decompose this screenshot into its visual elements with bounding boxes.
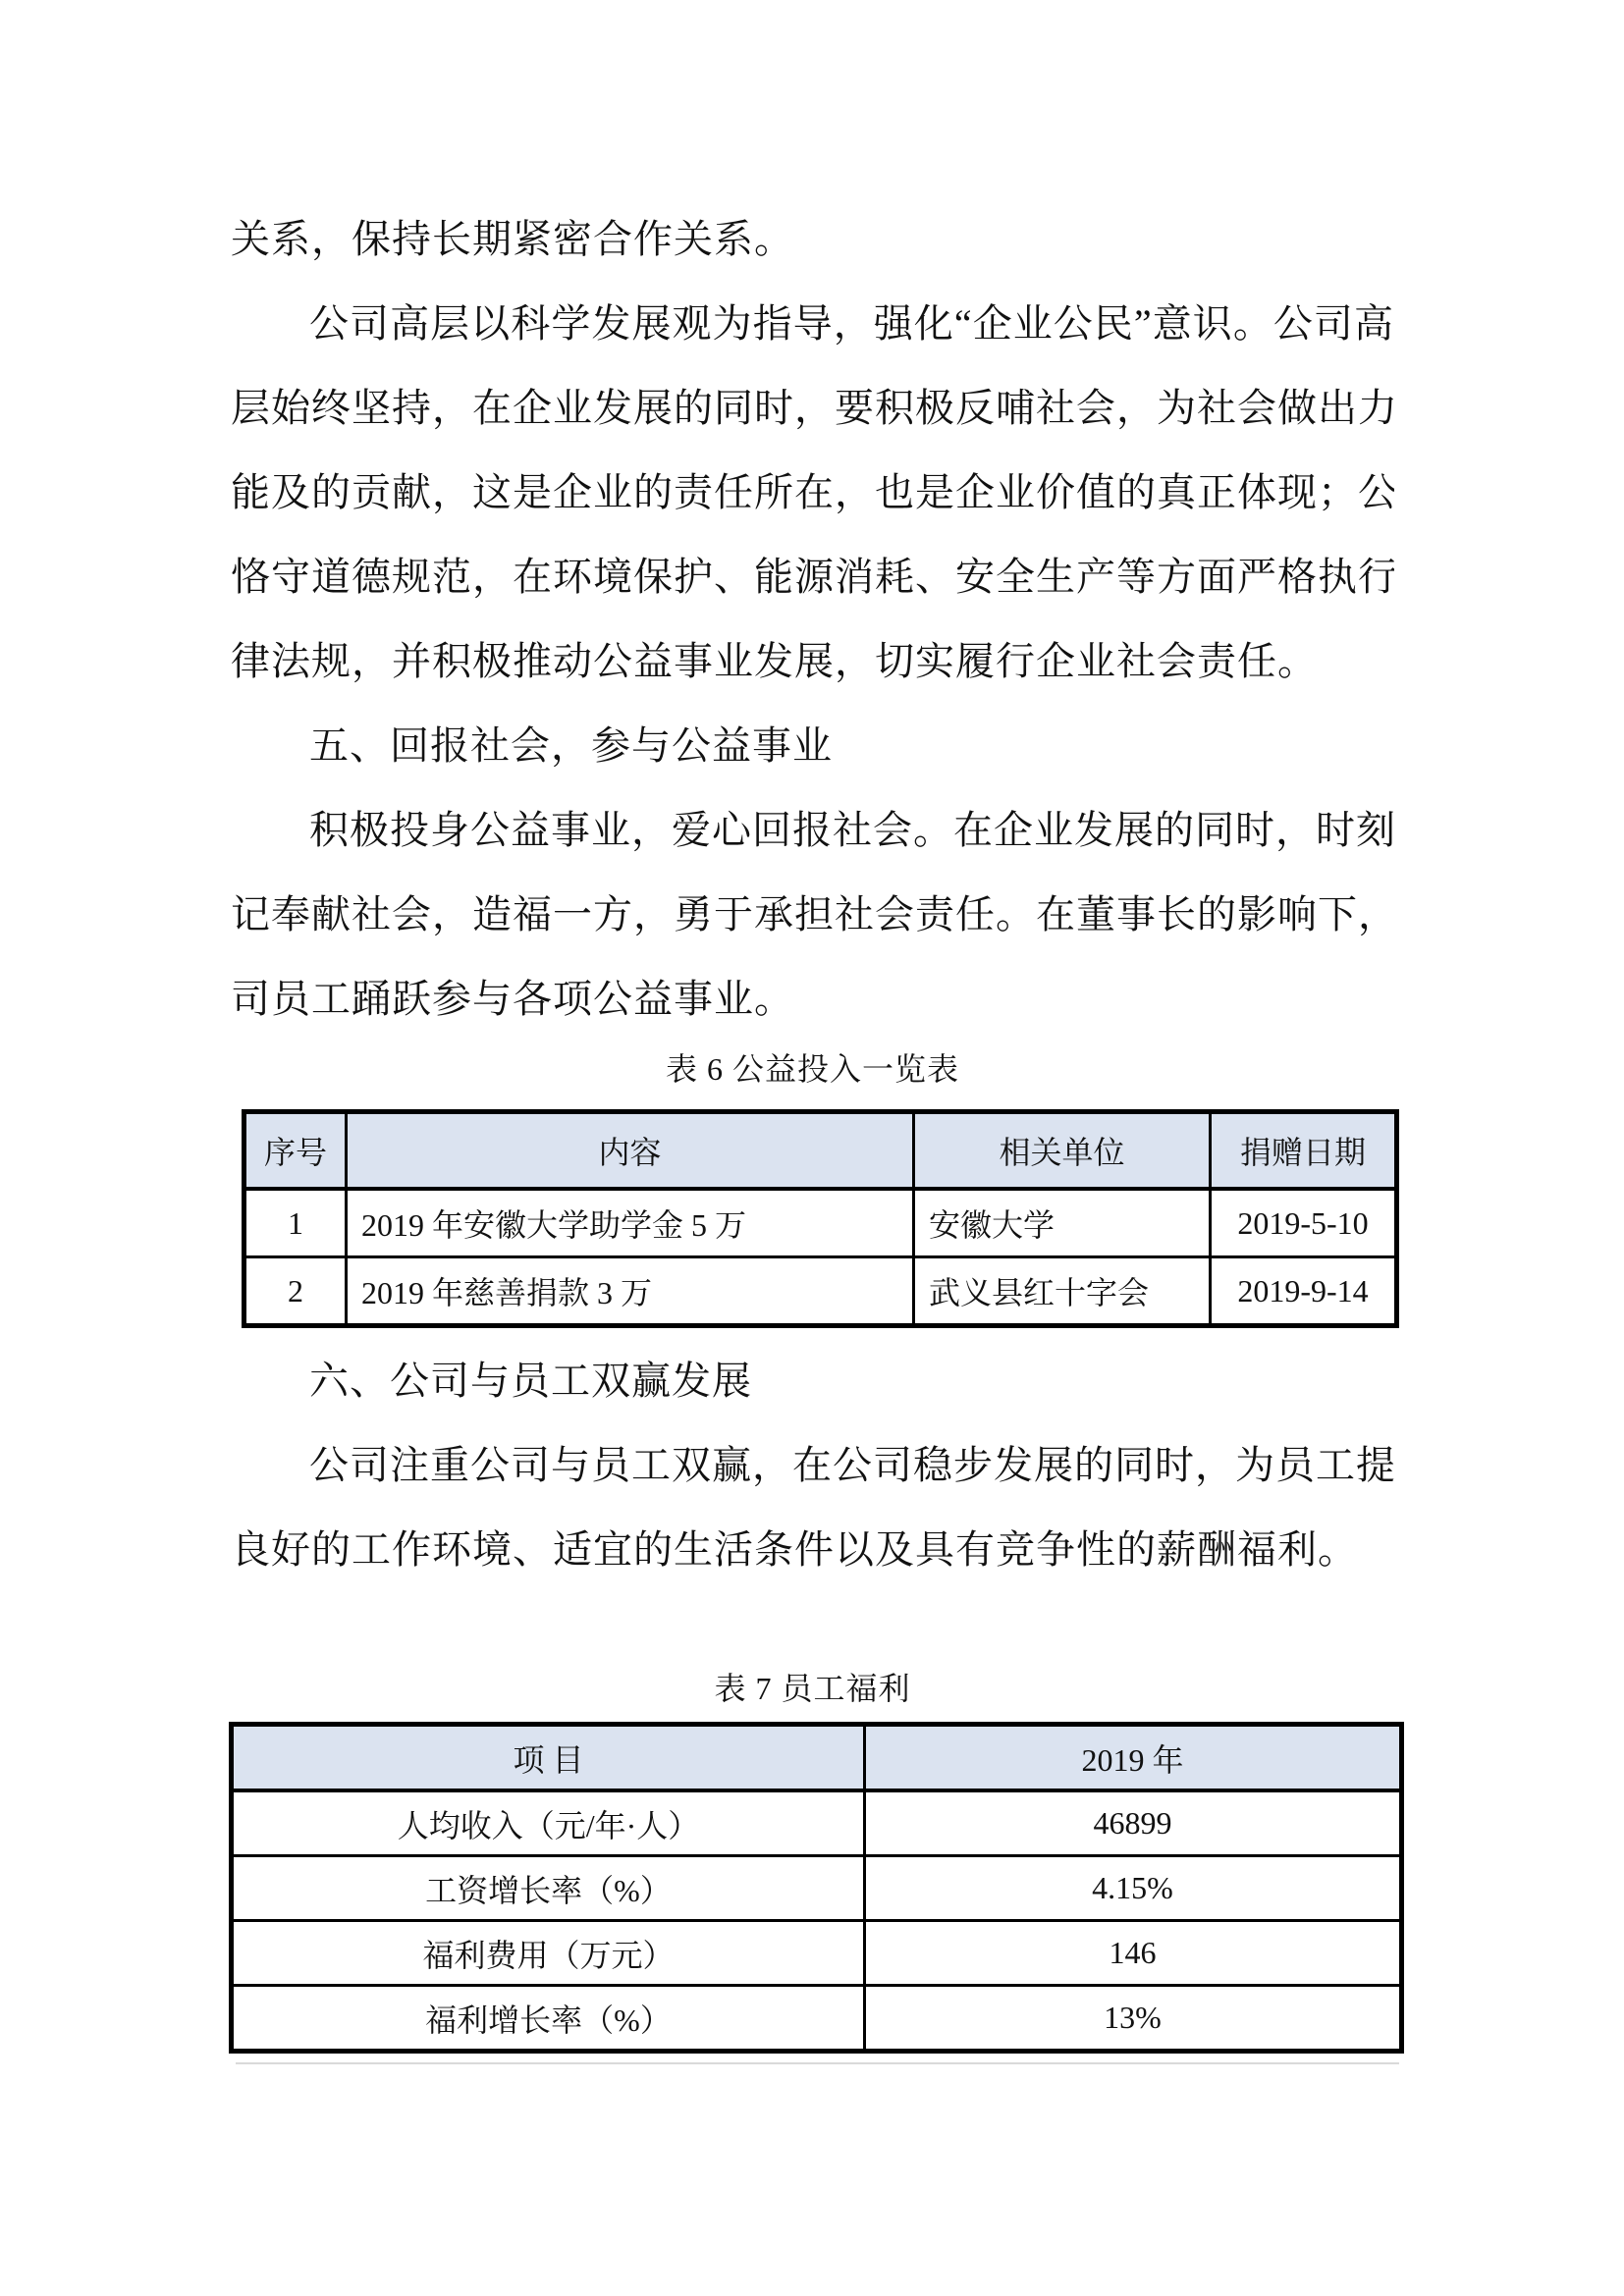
cell-content: 2019 年安徽大学助学金 5 万	[347, 1189, 914, 1257]
welfare-table-body: 人均收入（元/年·人） 46899 工资增长率（%） 4.15% 福利费用（万元…	[232, 1790, 1402, 2052]
cell-seq: 1	[244, 1189, 347, 1257]
table-row: 人均收入（元/年·人） 46899	[232, 1790, 1402, 1856]
table-row: 工资增长率（%） 4.15%	[232, 1856, 1402, 1921]
cell-date: 2019-5-10	[1211, 1189, 1397, 1257]
text-line: 公司注重公司与员工双赢，在公司稳步发展的同时，为员工提供	[231, 1423, 1394, 1508]
cell-org: 安徽大学	[914, 1189, 1211, 1257]
cell-value: 146	[865, 1921, 1402, 1986]
cell-item: 福利费用（万元）	[232, 1921, 865, 1986]
text-line: 积极投身公益事业，爱心回报社会。在企业发展的同时，时刻牢	[231, 788, 1394, 873]
text-line: 层始终坚持，在企业发展的同时，要积极反哺社会，为社会做出力所	[231, 366, 1394, 451]
table7-caption: 表 7 员工福利	[231, 1661, 1394, 1716]
header-cell: 2019 年	[865, 1725, 1402, 1791]
cell-date: 2019-9-14	[1211, 1257, 1397, 1326]
employee-welfare-table: 项 目 2019 年 人均收入（元/年·人） 46899 工资增长率（%） 4.…	[229, 1722, 1404, 2054]
text-line: 良好的工作环境、适宜的生活条件以及具有竞争性的薪酬福利。	[231, 1508, 1394, 1592]
cell-value: 4.15%	[865, 1856, 1402, 1921]
text-line: 五、回报社会，参与公益事业	[231, 704, 1394, 788]
header-row: 序号 内容 相关单位 捐赠日期	[244, 1112, 1397, 1190]
header-cell: 序号	[244, 1112, 347, 1190]
cell-seq: 2	[244, 1257, 347, 1326]
faint-rule	[236, 2062, 1399, 2064]
text-line: 关系，保持长期紧密合作关系。	[231, 197, 1394, 282]
text-line: 能及的贡献，这是企业的责任所在，也是企业价值的真正体现；公司	[231, 451, 1394, 535]
body-paragraphs: 关系，保持长期紧密合作关系。 公司高层以科学发展观为指导，强化“企业公民”意识。…	[231, 197, 1394, 1041]
cell-item: 福利增长率（%）	[232, 1986, 865, 2052]
text-line: 司员工踊跃参与各项公益事业。	[231, 957, 1394, 1041]
header-cell: 内容	[347, 1112, 914, 1190]
text-line: 公司高层以科学发展观为指导，强化“企业公民”意识。公司高	[231, 282, 1394, 366]
welfare-table-head: 项 目 2019 年	[232, 1725, 1402, 1791]
cell-content: 2019 年慈善捐款 3 万	[347, 1257, 914, 1326]
text-line: 律法规，并积极推动公益事业发展，切实履行企业社会责任。	[231, 619, 1394, 704]
header-cell: 项 目	[232, 1725, 865, 1791]
cell-org: 武义县红十字会	[914, 1257, 1211, 1326]
document-page: 关系，保持长期紧密合作关系。 公司高层以科学发展观为指导，强化“企业公民”意识。…	[0, 0, 1624, 2296]
charity-table-body: 1 2019 年安徽大学助学金 5 万 安徽大学 2019-5-10 2 201…	[244, 1189, 1397, 1326]
cell-item: 人均收入（元/年·人）	[232, 1790, 865, 1856]
cell-value: 13%	[865, 1986, 1402, 2052]
text-line: 恪守道德规范，在环境保护、能源消耗、安全生产等方面严格执行法	[231, 535, 1394, 619]
header-row: 项 目 2019 年	[232, 1725, 1402, 1791]
cell-value: 46899	[865, 1790, 1402, 1856]
body-paragraphs-2: 六、公司与员工双赢发展 公司注重公司与员工双赢，在公司稳步发展的同时，为员工提供…	[231, 1339, 1394, 1592]
header-cell: 捐赠日期	[1211, 1112, 1397, 1190]
table-row: 2 2019 年慈善捐款 3 万 武义县红十字会 2019-9-14	[244, 1257, 1397, 1326]
content-flow: 关系，保持长期紧密合作关系。 公司高层以科学发展观为指导，强化“企业公民”意识。…	[231, 197, 1394, 2064]
cell-item: 工资增长率（%）	[232, 1856, 865, 1921]
header-cell: 相关单位	[914, 1112, 1211, 1190]
text-line: 记奉献社会，造福一方，勇于承担社会责任。在董事长的影响下，公	[231, 873, 1394, 957]
table-row: 福利费用（万元） 146	[232, 1921, 1402, 1986]
charity-donations-table: 序号 内容 相关单位 捐赠日期 1 2019 年安徽大学助学金 5 万 安徽大学	[242, 1109, 1399, 1328]
text-line: 六、公司与员工双赢发展	[231, 1339, 1394, 1423]
charity-table-head: 序号 内容 相关单位 捐赠日期	[244, 1112, 1397, 1190]
table-row: 福利增长率（%） 13%	[232, 1986, 1402, 2052]
table6-caption: 表 6 公益投入一览表	[231, 1041, 1394, 1096]
table-row: 1 2019 年安徽大学助学金 5 万 安徽大学 2019-5-10	[244, 1189, 1397, 1257]
